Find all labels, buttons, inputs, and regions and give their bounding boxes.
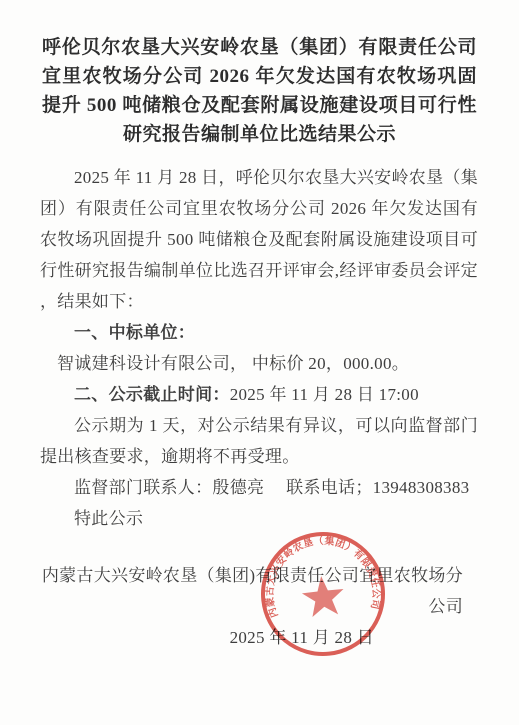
closing-line: 特此公示 <box>40 503 478 534</box>
document-body: 2025 年 11 月 28 日，呼伦贝尔农垦大兴安岭农垦（集团）有限责任公司宜… <box>0 149 519 653</box>
intro-paragraph: 2025 年 11 月 28 日，呼伦贝尔农垦大兴安岭农垦（集团）有限责任公司宜… <box>40 162 478 317</box>
signature-date: 2025 年 11 月 28 日 <box>40 622 478 653</box>
section-1-winner-line: 智诚建科设计有限公司， 中标价 20，000.00。 <box>40 348 478 379</box>
document-title: 呼伦贝尔农垦大兴安岭农垦（集团）有限责任公司宜里农牧场分公司 2026 年欠发达… <box>0 0 519 149</box>
section-2-deadline: 2025 年 11 月 28 日 17:00 <box>230 385 419 404</box>
section-1-heading: 一、中标单位： <box>40 317 478 348</box>
signature-block: 内蒙古大兴安岭农垦（集团)有限责任公司宜里农牧场分公司 2025 年 11 月 … <box>40 560 478 653</box>
notice-paragraph: 公示期为 1 天，对公示结果有异议，可以向监督部门提出核查要求，逾期将不再受理。 <box>40 410 478 472</box>
section-2-heading-line: 二、公示截止时间：2025 年 11 月 28 日 17:00 <box>40 379 478 410</box>
announcement-document-page: 呼伦贝尔农垦大兴安岭农垦（集团）有限责任公司宜里农牧场分公司 2026 年欠发达… <box>0 0 519 725</box>
signature-company: 内蒙古大兴安岭农垦（集团)有限责任公司宜里农牧场分公司 <box>40 560 478 622</box>
section-2-heading: 二、公示截止时间： <box>74 385 230 404</box>
supervision-contact-line: 监督部门联系人：殷德亮 联系电话；13948308383 <box>40 472 478 503</box>
